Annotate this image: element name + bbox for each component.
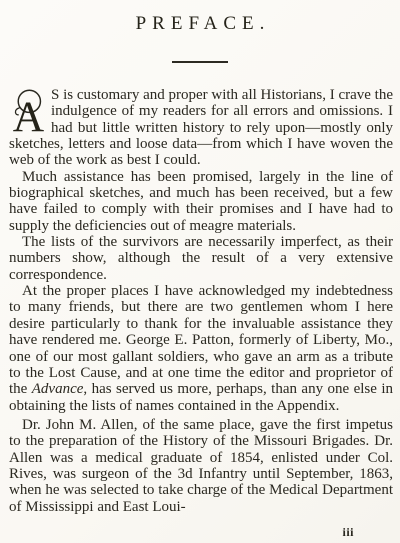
book-page: PREFACE. A S is customary and proper wit… [0, 0, 400, 543]
drop-cap-flourish-icon: A [9, 88, 46, 135]
drop-cap-ornament: A [9, 88, 46, 135]
page-number: iii [342, 525, 354, 540]
advance-newspaper-name: Advance [32, 381, 84, 397]
title-rule [172, 61, 228, 63]
paragraph-2: Much assistance has been promised, large… [9, 169, 393, 234]
page-title: PREFACE. [0, 13, 400, 35]
preface-body: A S is customary and proper with all His… [9, 87, 393, 515]
paragraph-5: Dr. John M. Allen, of the same place, ga… [9, 417, 393, 515]
paragraph-1: A S is customary and proper with all His… [9, 87, 393, 169]
drop-cap-letter: A [13, 93, 45, 135]
paragraph-3: The lists of the survivors are necessari… [9, 234, 393, 283]
paragraph-1-text: S is customary and proper with all Histo… [9, 87, 393, 168]
paragraph-4: At the proper places I have acknowledged… [9, 283, 393, 414]
paragraph-4-pre: At the proper places I have acknowledged… [9, 283, 393, 397]
